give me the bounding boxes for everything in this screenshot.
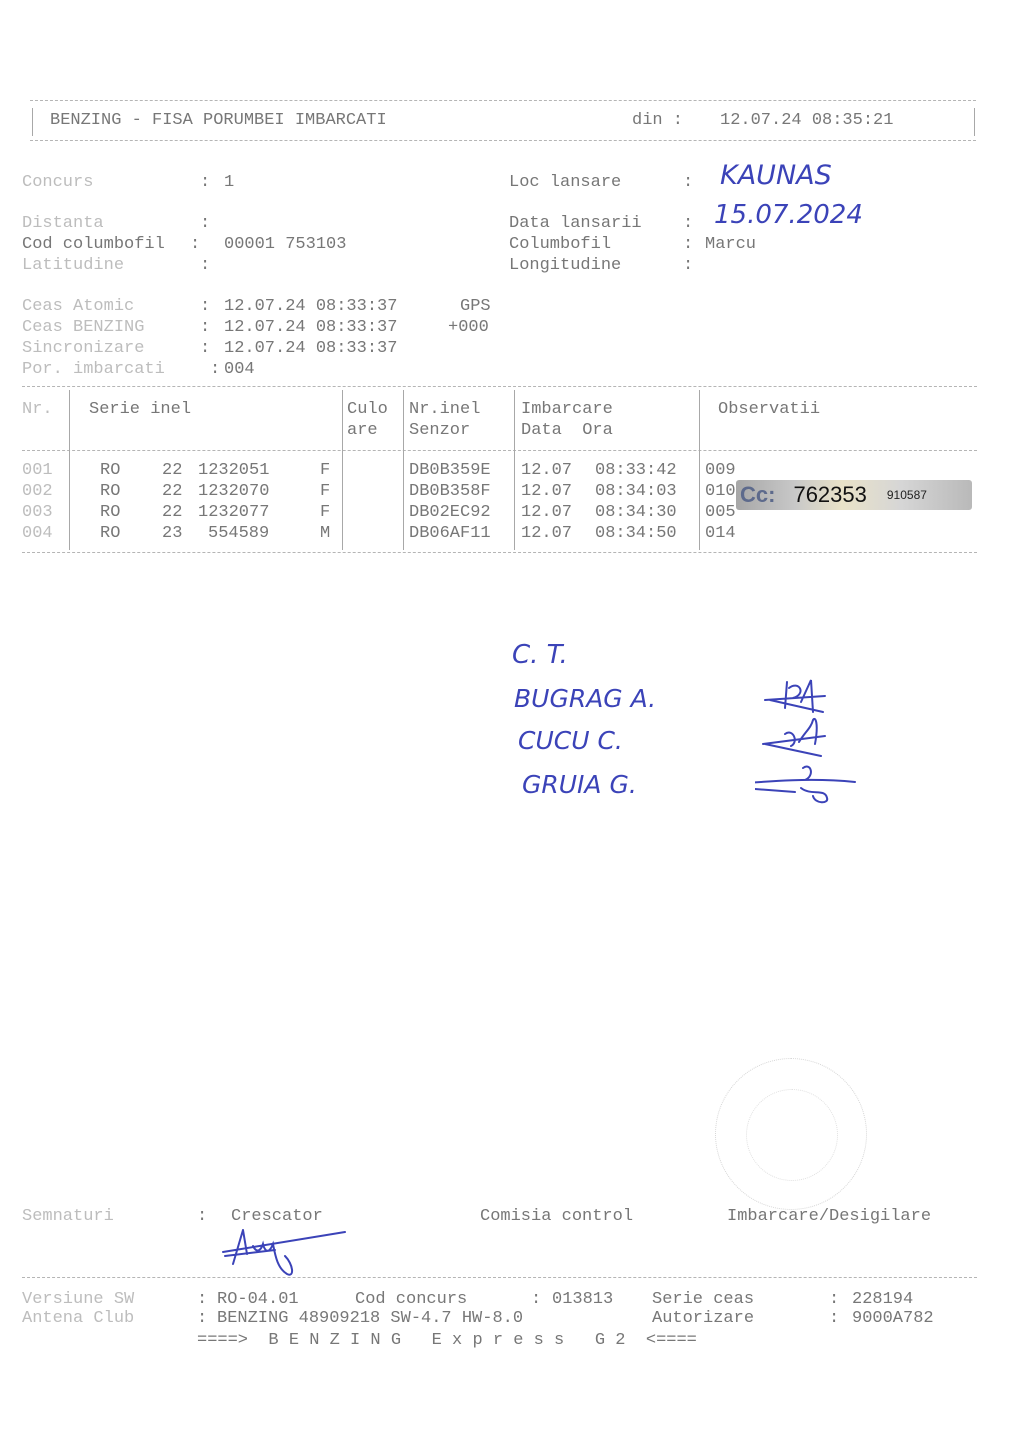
colon: : bbox=[190, 234, 210, 255]
autorizare-label: Autorizare bbox=[652, 1308, 754, 1329]
sticker-small-number: 910587 bbox=[887, 488, 927, 502]
commission-heading: C. T. bbox=[512, 640, 568, 670]
header-culoare: Culo bbox=[347, 399, 388, 420]
row-year: 22 bbox=[162, 460, 182, 481]
colon: : bbox=[200, 172, 220, 193]
commission-member-1: BUGRAG A. bbox=[514, 684, 656, 713]
row-observation: 014 bbox=[705, 523, 736, 544]
sincronizare-label: Sincronizare bbox=[22, 338, 144, 359]
document-title: BENZING - FISA PORUMBEI IMBARCATI bbox=[50, 110, 387, 131]
loc-lansare-handwritten: KAUNAS bbox=[720, 160, 832, 191]
signature-imbarcare: Imbarcare/Desigilare bbox=[727, 1206, 931, 1227]
row-sensor: DB0B359E bbox=[409, 460, 491, 481]
colon: : bbox=[200, 255, 210, 276]
cod-concurs-label: Cod concurs bbox=[355, 1289, 467, 1310]
title-right-border bbox=[974, 108, 975, 136]
ceas-atomic-suffix: GPS bbox=[460, 296, 491, 317]
cod-columbofil-label: Cod columbofil bbox=[22, 234, 165, 255]
print-date: 12.07.24 08:35:21 bbox=[720, 110, 893, 131]
ceas-atomic-value: 12.07.24 08:33:37 bbox=[224, 296, 397, 317]
header-serie-inel: Serie inel bbox=[89, 399, 191, 420]
row-sex: F bbox=[320, 460, 330, 481]
title-top-border bbox=[30, 100, 976, 101]
row-sex: F bbox=[320, 481, 330, 502]
antena-club-value: BENZING 48909218 SW-4.7 HW-8.0 bbox=[217, 1308, 523, 1329]
col-sep bbox=[514, 390, 515, 550]
commission-member-2: CUCU C. bbox=[518, 726, 623, 755]
commission-member-3: GRUIA G. bbox=[522, 770, 637, 799]
row-country: RO bbox=[100, 481, 120, 502]
row-ring-number: 1232051 bbox=[198, 460, 269, 481]
table-header-border bbox=[22, 450, 977, 451]
sincronizare-value: 12.07.24 08:33:37 bbox=[224, 338, 397, 359]
row-nr: 003 bbox=[22, 502, 53, 523]
row-time: 08:33:42 bbox=[595, 460, 677, 481]
colon: : bbox=[197, 1308, 207, 1329]
row-country: RO bbox=[100, 460, 120, 481]
row-ring-number: 1232077 bbox=[198, 502, 269, 523]
signature-comisia: Comisia control bbox=[480, 1206, 633, 1227]
table-bottom-border bbox=[22, 552, 977, 553]
colon: : bbox=[683, 255, 693, 276]
header-observatii: Observatii bbox=[718, 399, 820, 420]
row-observation: 005 bbox=[705, 502, 736, 523]
row-time: 08:34:50 bbox=[595, 523, 677, 544]
colon: : bbox=[683, 234, 693, 255]
colon: : bbox=[829, 1289, 839, 1310]
concurs-value: 1 bbox=[224, 172, 234, 193]
commission-signatures bbox=[755, 672, 865, 812]
date-label: din : bbox=[632, 110, 683, 131]
row-observation: 010 bbox=[705, 481, 736, 502]
longitudine-label: Longitudine bbox=[509, 255, 621, 276]
serie-ceas-value: 228194 bbox=[852, 1289, 913, 1310]
colon: : bbox=[531, 1289, 541, 1310]
row-date: 12.07 bbox=[521, 481, 572, 502]
colon: : bbox=[200, 296, 210, 317]
row-observation: 009 bbox=[705, 460, 736, 481]
table-top-border bbox=[22, 386, 977, 387]
official-stamp bbox=[715, 1058, 867, 1210]
row-year: 23 bbox=[162, 523, 182, 544]
colon: : bbox=[683, 213, 693, 234]
row-date: 12.07 bbox=[521, 523, 572, 544]
por-imbarcati-label: Por. imbarcati bbox=[22, 359, 165, 380]
loc-lansare-label: Loc lansare bbox=[509, 172, 621, 193]
data-lansarii-handwritten: 15.07.2024 bbox=[714, 200, 863, 230]
colon: : bbox=[200, 213, 210, 234]
header-senzor: Senzor bbox=[409, 420, 470, 441]
colon: : bbox=[200, 317, 210, 338]
footer-top-border bbox=[22, 1277, 977, 1278]
header-imbarcare: Imbarcare bbox=[521, 399, 613, 420]
versiune-sw-label: Versiune SW bbox=[22, 1289, 134, 1310]
col-sep bbox=[342, 390, 343, 550]
latitudine-label: Latitudine bbox=[22, 255, 124, 276]
sticker-number: 762353 bbox=[793, 482, 866, 508]
row-time: 08:34:03 bbox=[595, 481, 677, 502]
row-country: RO bbox=[100, 523, 120, 544]
colon: : bbox=[197, 1206, 207, 1227]
seal-sticker: Cc: 762353 910587 bbox=[736, 480, 972, 510]
row-sex: F bbox=[320, 502, 330, 523]
por-imbarcati-value: 004 bbox=[224, 359, 255, 380]
versiune-sw-value: RO-04.01 bbox=[217, 1289, 299, 1310]
row-sensor: DB02EC92 bbox=[409, 502, 491, 523]
row-date: 12.07 bbox=[521, 460, 572, 481]
data-lansarii-label: Data lansarii bbox=[509, 213, 642, 234]
row-date: 12.07 bbox=[521, 502, 572, 523]
row-nr: 002 bbox=[22, 481, 53, 502]
colon: : bbox=[200, 338, 210, 359]
row-sensor: DB06AF11 bbox=[409, 523, 491, 544]
col-sep bbox=[403, 390, 404, 550]
row-sensor: DB0B358F bbox=[409, 481, 491, 502]
row-year: 22 bbox=[162, 481, 182, 502]
row-nr: 001 bbox=[22, 460, 53, 481]
ceas-atomic-label: Ceas Atomic bbox=[22, 296, 134, 317]
header-culoare-2: are bbox=[347, 420, 378, 441]
header-nr-inel: Nr.inel bbox=[409, 399, 480, 420]
ceas-benzing-label: Ceas BENZING bbox=[22, 317, 144, 338]
header-nr: Nr. bbox=[22, 399, 53, 420]
ceas-benzing-value: 12.07.24 08:33:37 bbox=[224, 317, 397, 338]
concurs-label: Concurs bbox=[22, 172, 93, 193]
colon: : bbox=[197, 1289, 207, 1310]
autorizare-value: 9000A782 bbox=[852, 1308, 934, 1329]
row-time: 08:34:30 bbox=[595, 502, 677, 523]
row-ring-number: 1232070 bbox=[198, 481, 269, 502]
row-year: 22 bbox=[162, 502, 182, 523]
sticker-prefix: Cc: bbox=[740, 482, 775, 508]
colon: : bbox=[683, 172, 693, 193]
antena-club-label: Antena Club bbox=[22, 1308, 134, 1329]
serie-ceas-label: Serie ceas bbox=[652, 1289, 754, 1310]
columbofil-label: Columbofil bbox=[509, 234, 611, 255]
col-sep bbox=[69, 390, 70, 550]
title-left-border bbox=[32, 108, 33, 136]
col-sep bbox=[699, 390, 700, 550]
signatures-label: Semnaturi bbox=[22, 1206, 114, 1227]
crescator-signature bbox=[215, 1224, 355, 1280]
cod-concurs-value: 013813 bbox=[552, 1289, 613, 1310]
header-data-ora: Data Ora bbox=[521, 420, 613, 441]
ceas-benzing-suffix: +000 bbox=[448, 317, 489, 338]
row-nr: 004 bbox=[22, 523, 53, 544]
colon: : bbox=[210, 359, 220, 380]
colon: : bbox=[829, 1308, 839, 1329]
title-bottom-border bbox=[30, 140, 976, 141]
distanta-label: Distanta bbox=[22, 213, 104, 234]
row-country: RO bbox=[100, 502, 120, 523]
columbofil-value: Marcu bbox=[705, 234, 756, 255]
title-box: BENZING - FISA PORUMBEI IMBARCATI din : … bbox=[30, 100, 976, 140]
row-sex: M bbox=[320, 523, 330, 544]
benzing-banner: ====> B E N Z I N G E x p r e s s G 2 <=… bbox=[197, 1330, 697, 1351]
row-ring-number: 554589 bbox=[208, 523, 269, 544]
cod-columbofil-value: 00001 753103 bbox=[224, 234, 346, 255]
